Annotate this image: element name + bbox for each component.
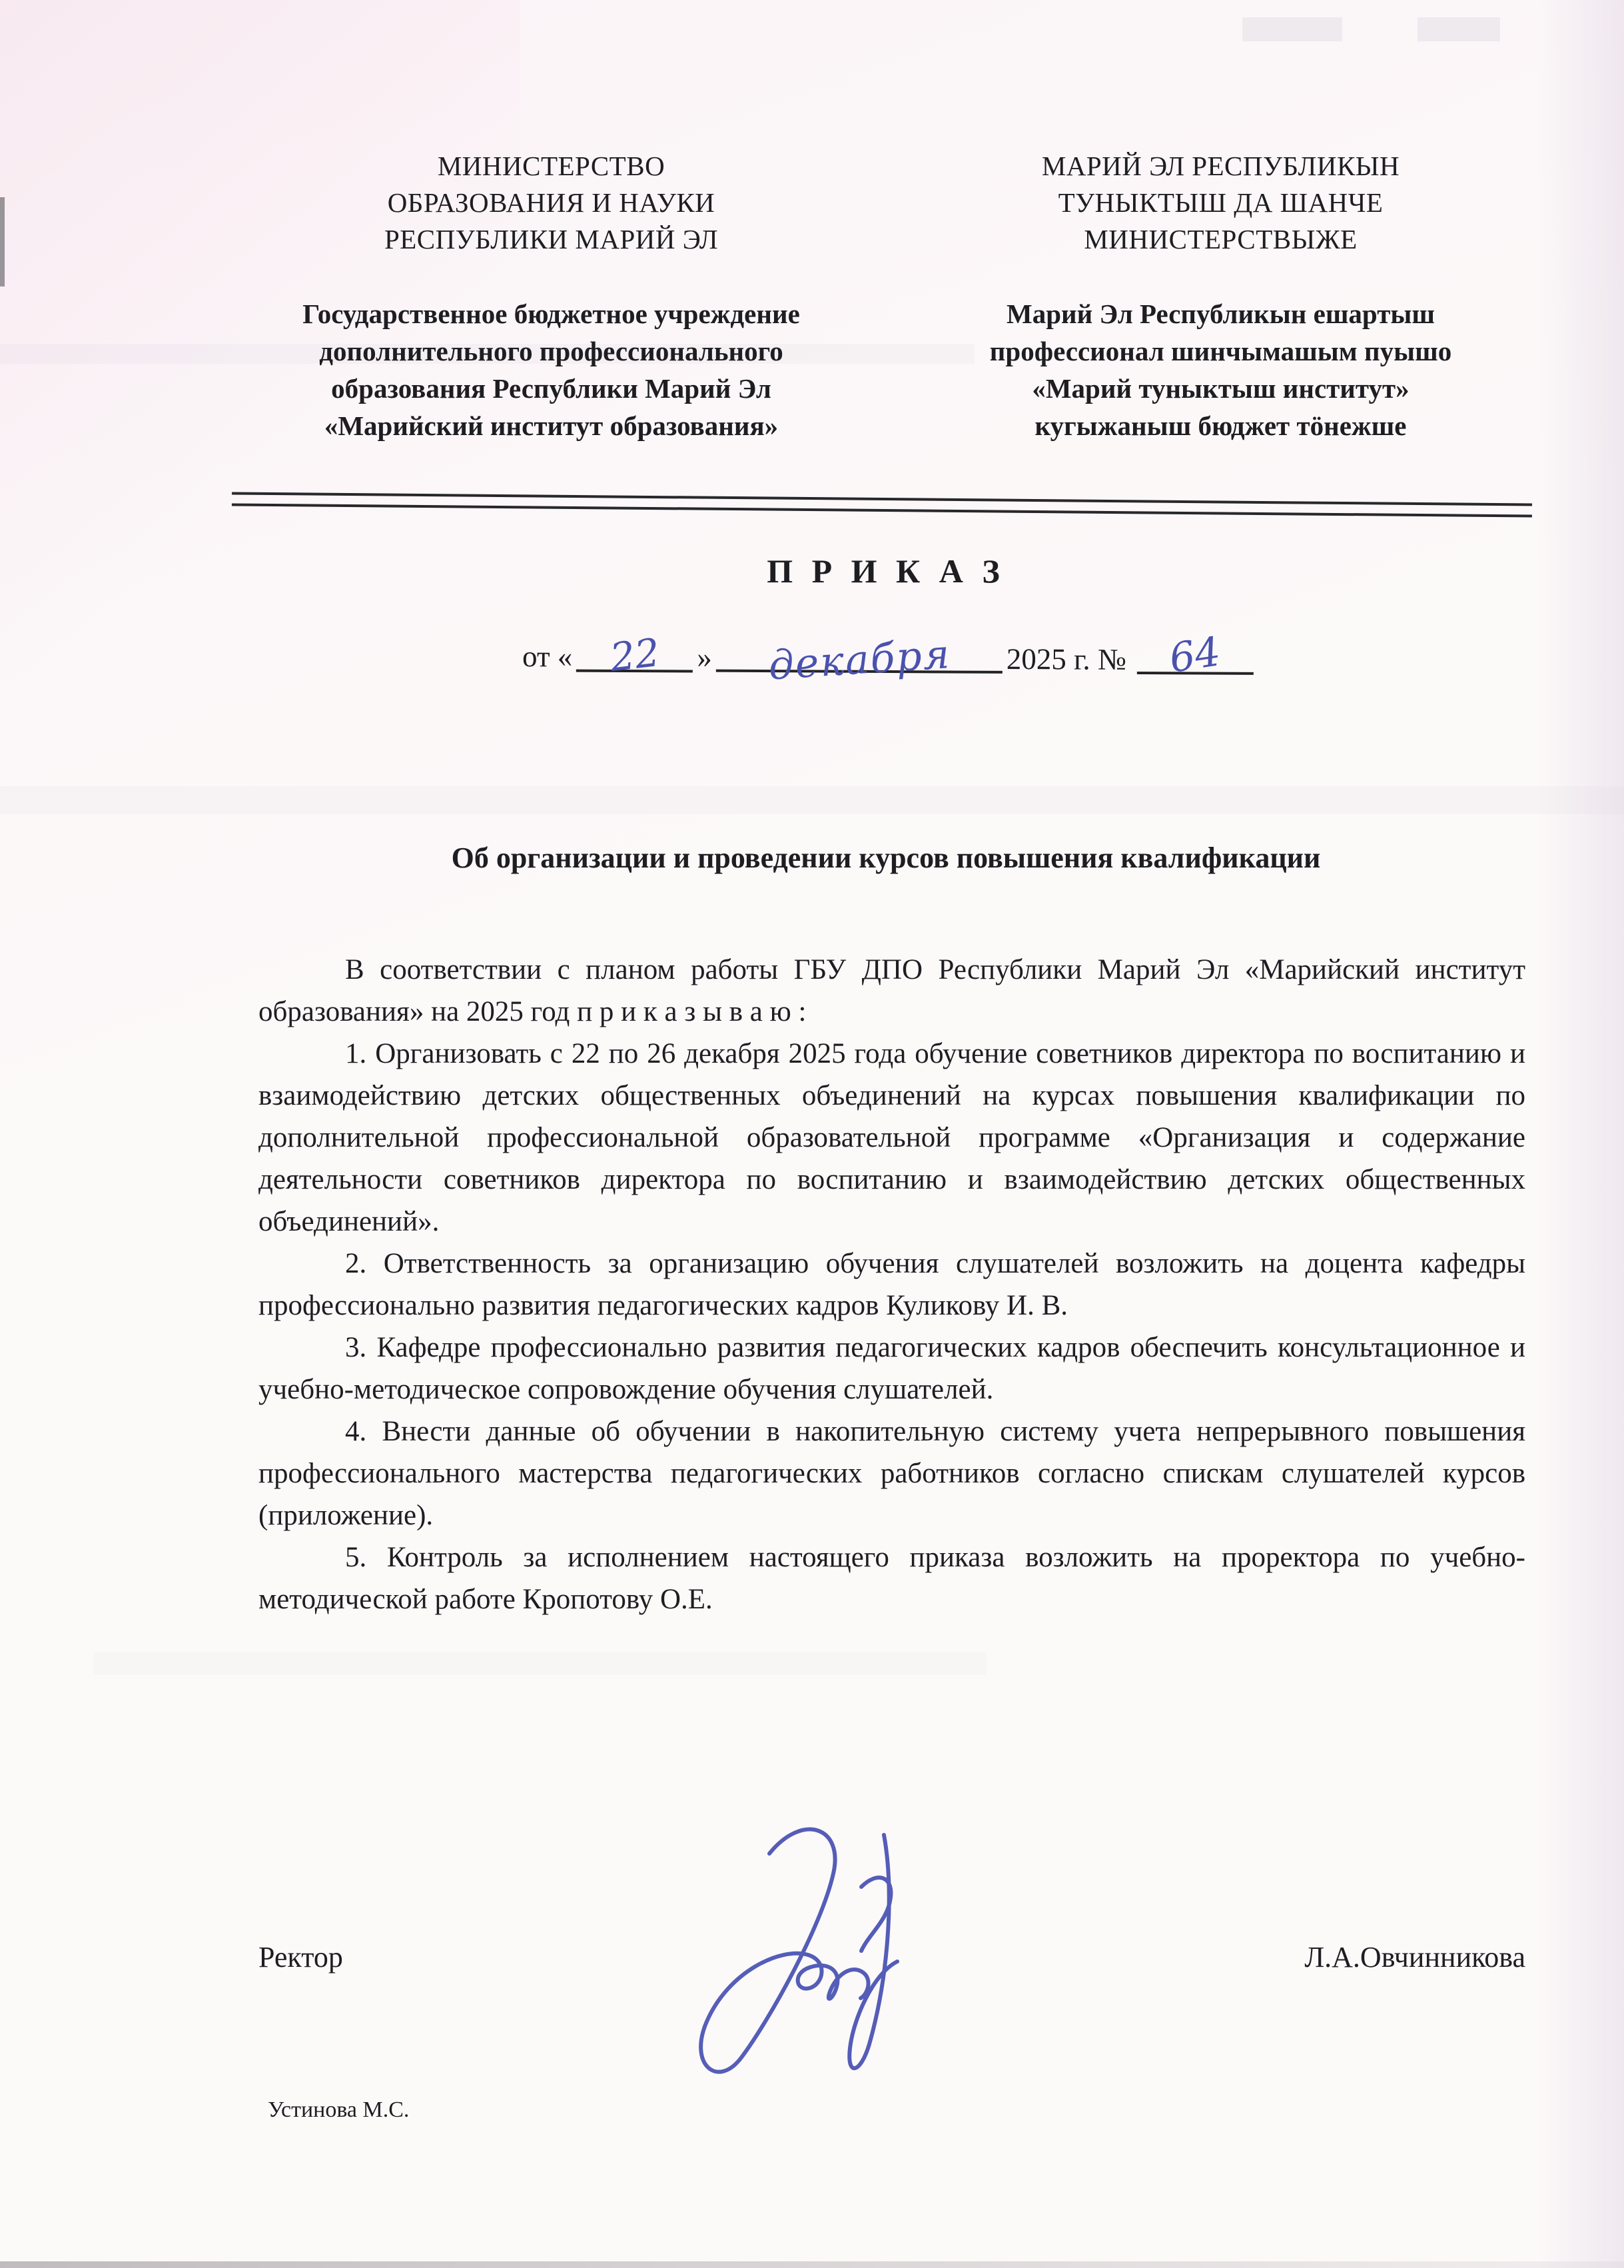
ministry-line: ОБРАЗОВАНИЯ И НАУКИ: [240, 185, 863, 221]
signature-autograph-icon: [649, 1807, 956, 2120]
scan-artifact-streak: [0, 786, 1624, 814]
organization-line: Марий Эл Республикын ешартыш: [909, 295, 1532, 332]
scan-artifact-right-band: [1537, 0, 1624, 2268]
scan-artifact-bottom-edge: [0, 2261, 1624, 2268]
scanned-order-document: МИНИСТЕРСТВО ОБРАЗОВАНИЯ И НАУКИ РЕСПУБЛ…: [0, 0, 1624, 2268]
scan-artifact-left-edge: [0, 197, 5, 286]
date-prefix: от «: [522, 640, 573, 673]
scan-artifact-streak: [93, 1652, 987, 1675]
organization-line: «Марий туныктыш институт»: [909, 370, 1532, 407]
date-and-number-line: от «22»декабря2025 г. №64: [240, 628, 1532, 679]
organization-line: «Марийский институт образования»: [240, 407, 863, 444]
organization-line: профессионал шинчымашым пуышо: [909, 332, 1532, 370]
ministry-line: ТУНЫКТЫШ ДА ШАНЧЕ: [909, 185, 1532, 221]
organization-line: дополнительного профессионального: [240, 332, 863, 370]
organization-line: образования Республики Марий Эл: [240, 370, 863, 407]
signer-name: Л.А.Овчинникова: [1304, 1940, 1525, 1974]
date-close-quote: »: [697, 641, 712, 674]
ministry-name-mari: МАРИЙ ЭЛ РЕСПУБЛИКЫН ТУНЫКТЫШ ДА ШАНЧЕ М…: [909, 148, 1532, 258]
organization-name-mari: Марий Эл Республикын ешартыш профессиона…: [909, 295, 1532, 444]
organization-line: Государственное бюджетное учреждение: [240, 295, 863, 332]
ministry-line: МАРИЙ ЭЛ РЕСПУБЛИКЫН: [909, 148, 1532, 185]
subject-heading: Об организации и проведении курсов повыш…: [240, 841, 1532, 875]
order-item-3: 3. Кафедре профессионально развития педа…: [258, 1327, 1525, 1411]
signer-position: Ректор: [258, 1940, 343, 1974]
intro-paragraph: В соответствии с планом работы ГБУ ДПО Р…: [258, 949, 1525, 1033]
organization-line: кугыжаныш бюджет тӧнежше: [909, 407, 1532, 444]
scan-artifact-smudge: [1242, 17, 1342, 41]
order-item-4: 4. Внести данные об обучении в накопител…: [258, 1411, 1525, 1536]
letterhead: МИНИСТЕРСТВО ОБРАЗОВАНИЯ И НАУКИ РЕСПУБЛ…: [240, 148, 1532, 444]
order-item-2: 2. Ответственность за организацию обучен…: [258, 1243, 1525, 1327]
organization-name-ru: Государственное бюджетное учреждение доп…: [240, 295, 863, 444]
number-blank: 64: [1137, 633, 1254, 675]
ministry-name-ru: МИНИСТЕРСТВО ОБРАЗОВАНИЯ И НАУКИ РЕСПУБЛ…: [240, 148, 863, 258]
order-item-5: 5. Контроль за исполнением настоящего пр…: [258, 1536, 1525, 1620]
year-and-number-label: 2025 г. №: [1007, 642, 1126, 676]
handwritten-month: декабря: [767, 631, 952, 690]
scan-artifact-smudge: [1418, 17, 1500, 41]
order-item-1: 1. Организовать с 22 по 26 декабря 2025 …: [258, 1033, 1525, 1243]
ministry-line: МИНИСТЕРСТВЫЖЕ: [909, 221, 1532, 258]
order-body: В соответствии с планом работы ГБУ ДПО Р…: [258, 949, 1525, 1620]
separator-double-line: [232, 492, 1532, 517]
ministry-line: РЕСПУБЛИКИ МАРИЙ ЭЛ: [240, 221, 863, 258]
day-blank: 22: [576, 631, 693, 673]
document-type-title: П Р И К А З: [240, 552, 1532, 590]
month-blank: декабря: [716, 631, 1003, 674]
letterhead-right-mari: МАРИЙ ЭЛ РЕСПУБЛИКЫН ТУНЫКТЫШ ДА ШАНЧЕ М…: [909, 148, 1532, 444]
handwritten-number: 64: [1166, 628, 1224, 682]
executor-name: Устинова М.С.: [268, 2097, 409, 2123]
handwritten-day: 22: [608, 630, 661, 680]
letterhead-left-russian: МИНИСТЕРСТВО ОБРАЗОВАНИЯ И НАУКИ РЕСПУБЛ…: [240, 148, 863, 444]
ministry-line: МИНИСТЕРСТВО: [240, 148, 863, 185]
